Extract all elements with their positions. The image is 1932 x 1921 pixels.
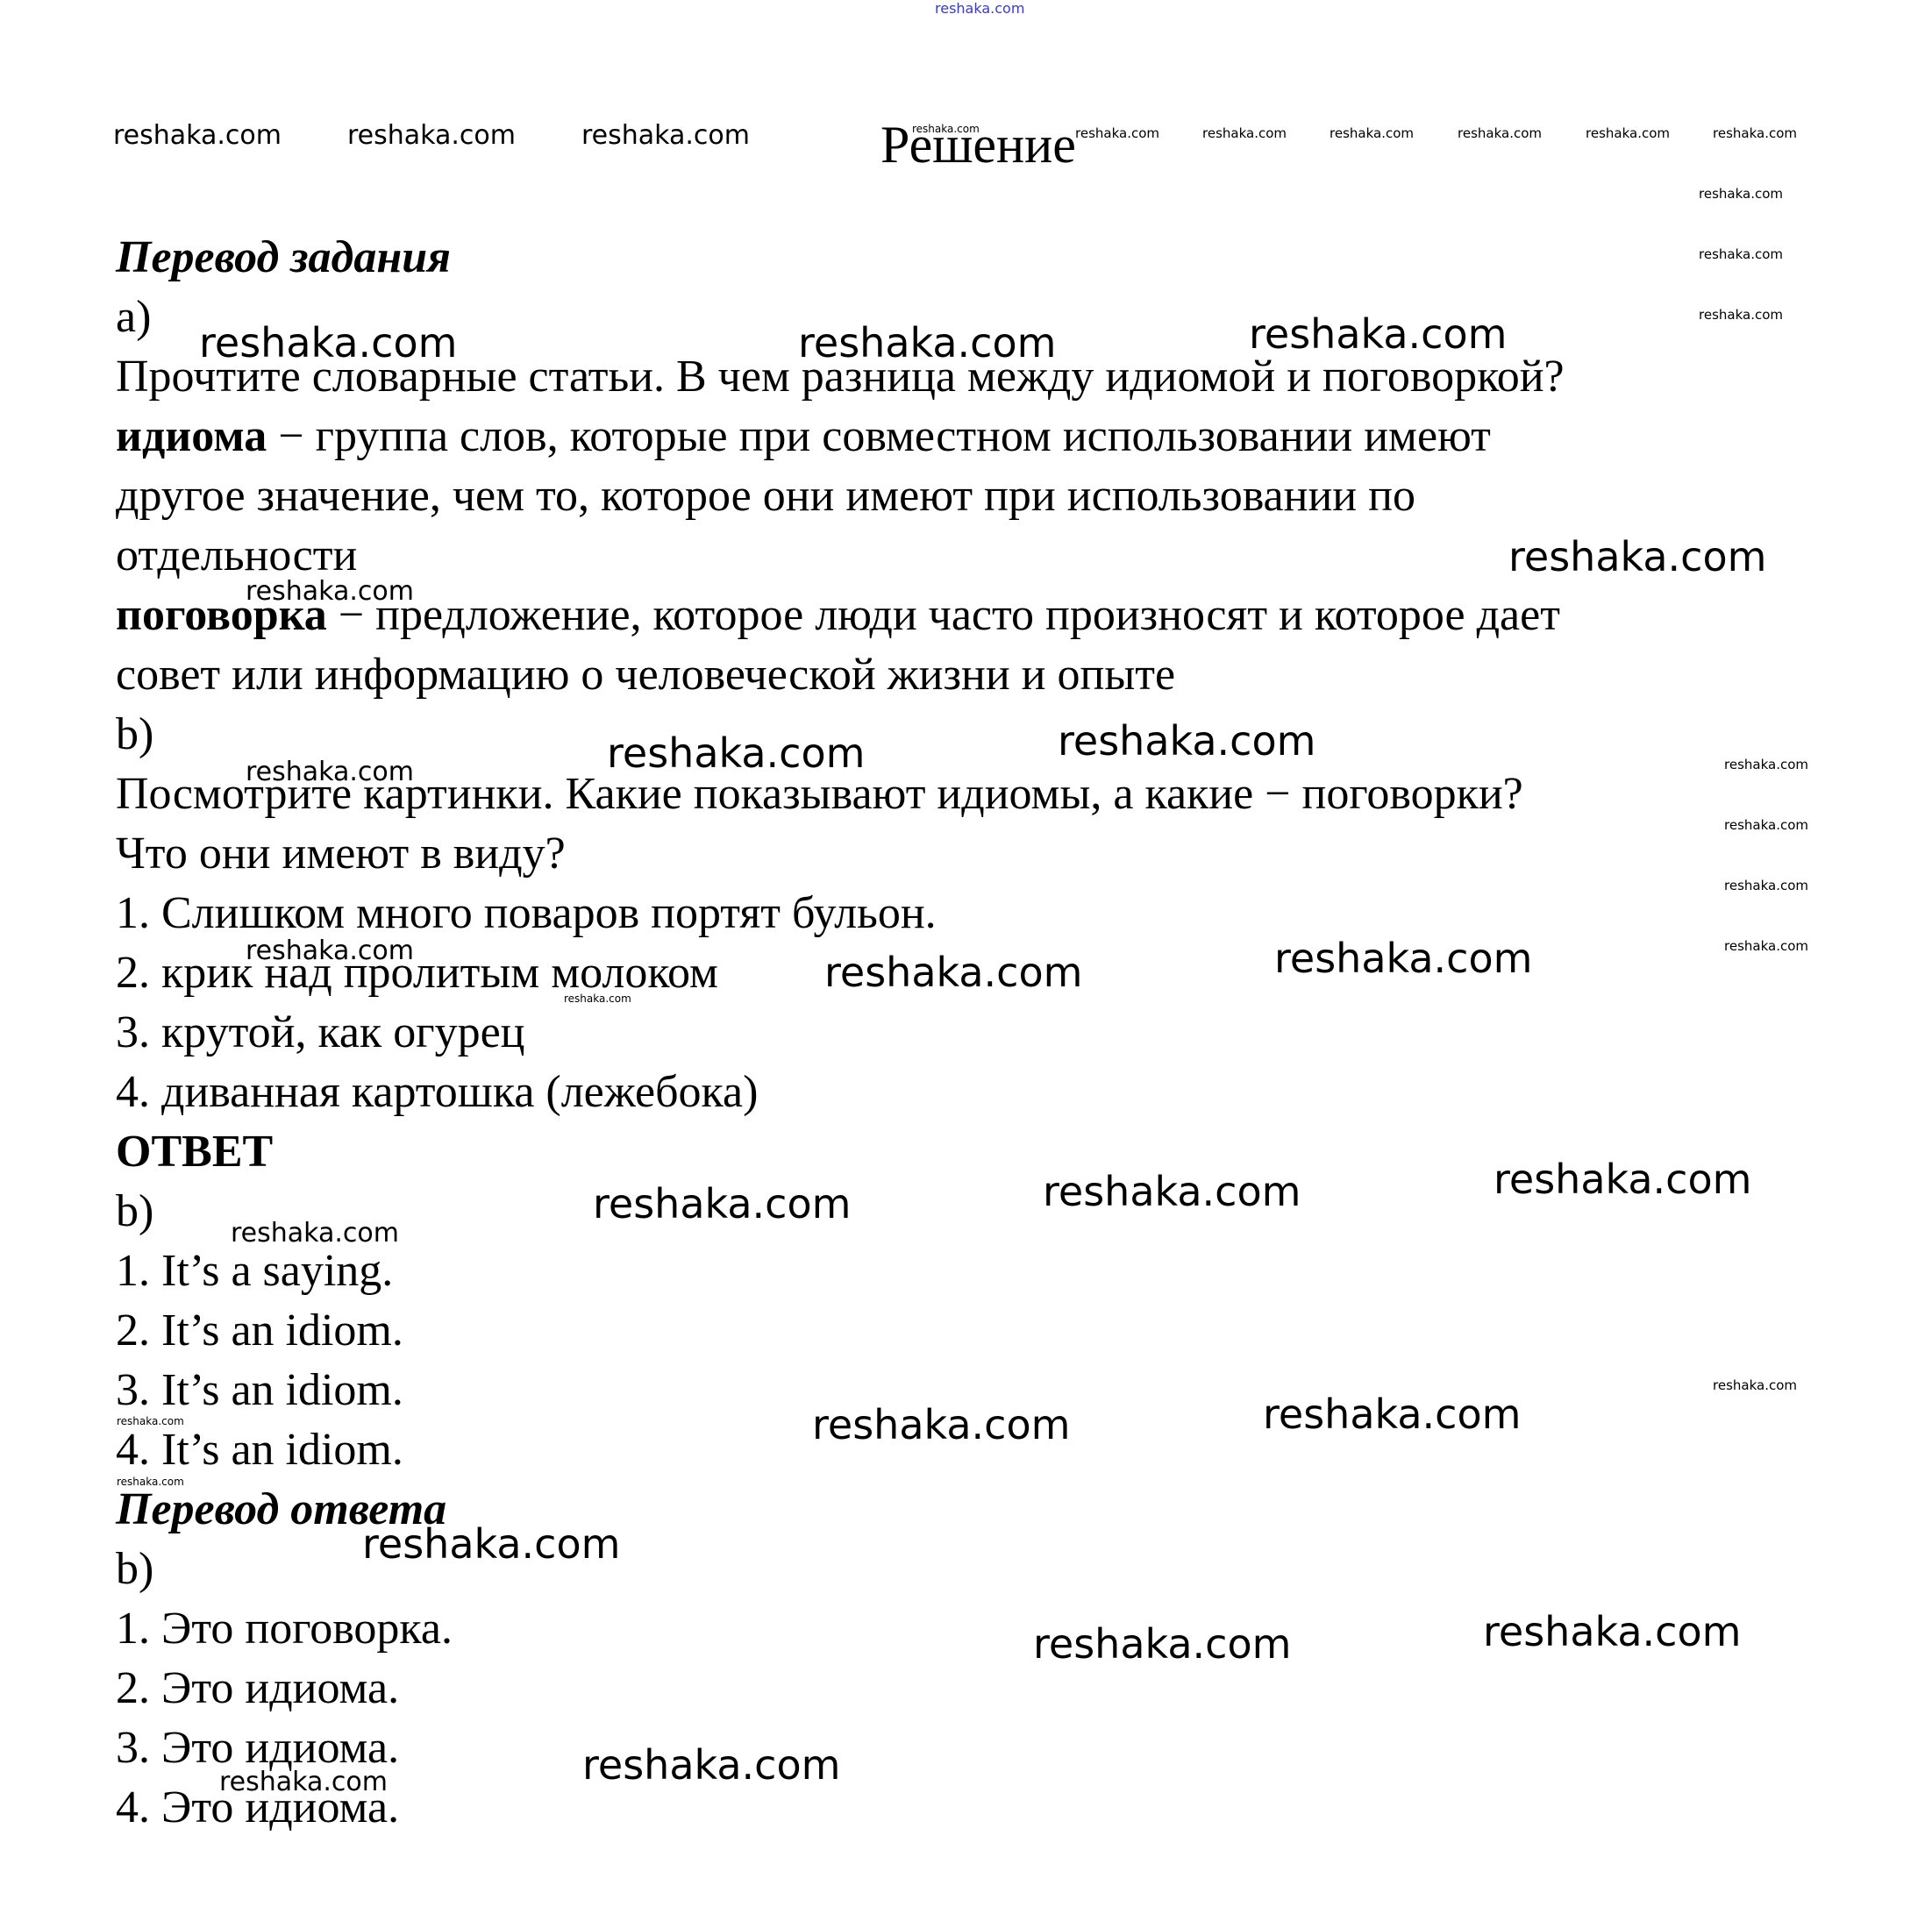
answer-part-label: b) (116, 1189, 153, 1234)
watermark: reshaka.com (593, 1184, 851, 1224)
watermark: reshaka.com (1713, 127, 1797, 140)
translation-item-4: 4. Это идиома. (116, 1785, 399, 1831)
watermark: reshaka.com (1724, 940, 1808, 953)
part-b-question-line1: Посмотрите картинки. Какие показывают ид… (116, 772, 1523, 817)
translation-item-3: 3. Это идиома. (116, 1725, 399, 1771)
top-site-link[interactable]: reshaka.com (935, 2, 1024, 16)
translation-item-2: 2. Это идиома. (116, 1666, 399, 1711)
watermark: reshaka.com (812, 1405, 1070, 1445)
watermark: reshaka.com (1075, 127, 1159, 140)
answer-item-2: 2. It’s an idiom. (116, 1308, 403, 1354)
saying-term: поговорка (116, 590, 327, 640)
task-item-4: 4. диванная картошка (лежебока) (116, 1070, 758, 1115)
watermark: reshaka.com (1713, 1379, 1797, 1392)
watermark: reshaka.com (1263, 1394, 1521, 1434)
part-a-question: Прочтите словарные статьи. В чем разница… (116, 354, 1565, 400)
saying-definition-line1: поговорка − предложение, которое люди ча… (116, 593, 1560, 638)
watermark: reshaka.com (1699, 188, 1783, 201)
watermark: reshaka.com (1458, 127, 1542, 140)
watermark: reshaka.com (607, 733, 865, 773)
watermark: reshaka.com (1043, 1171, 1301, 1212)
watermark: reshaka.com (1033, 1624, 1291, 1664)
watermark: reshaka.com (1699, 248, 1783, 261)
watermark: reshaka.com (824, 952, 1082, 993)
watermark: reshaka.com (1724, 758, 1808, 772)
watermark: reshaka.com (564, 993, 631, 1004)
watermark: reshaka.com (362, 1524, 620, 1564)
watermark: reshaka.com (1330, 127, 1414, 140)
translation-part-label: b) (116, 1547, 153, 1592)
watermark: reshaka.com (113, 123, 282, 149)
answer-item-3: 3. It’s an idiom. (116, 1368, 403, 1413)
part-b-label: b) (116, 712, 153, 758)
answer-item-1: 1. It’s a saying. (116, 1249, 393, 1294)
watermark: reshaka.com (1249, 314, 1507, 354)
idiom-term: идиома (116, 411, 267, 461)
task-item-3: 3. крутой, как огурец (116, 1010, 525, 1056)
watermark: reshaka.com (1508, 537, 1766, 577)
task-item-2: 2. крик над пролитым молоком (116, 950, 718, 996)
watermark: reshaka.com (582, 1745, 840, 1785)
watermark: reshaka.com (1058, 721, 1315, 761)
watermark: reshaka.com (1724, 819, 1808, 832)
watermark: reshaka.com (231, 1220, 399, 1247)
section-heading-task: Перевод задания (116, 235, 451, 281)
watermark: reshaka.com (1483, 1612, 1741, 1652)
watermark: reshaka.com (1274, 938, 1532, 978)
section-heading-answer: ОТВЕТ (116, 1129, 273, 1175)
idiom-definition-line1: идиома − группа слов, которые при совмес… (116, 414, 1491, 459)
part-a-label: a) (116, 295, 151, 340)
saying-definition-text: − предложение, которое люди часто произн… (327, 590, 1560, 640)
idiom-definition-line3: отдельности (116, 533, 357, 579)
saying-definition-line2: совет или информацию о человеческой жизн… (116, 652, 1175, 698)
translation-item-1: 1. Это поговорка. (116, 1606, 453, 1652)
watermark: reshaka.com (581, 123, 750, 149)
watermark: reshaka.com (1724, 879, 1808, 893)
part-b-question-line2: Что они имеют в виду? (116, 831, 566, 877)
watermark: reshaka.com (1202, 127, 1287, 140)
watermark: reshaka.com (912, 124, 980, 134)
watermark: reshaka.com (1586, 127, 1670, 140)
watermark: reshaka.com (1494, 1159, 1751, 1199)
idiom-definition-line2: другое значение, чем то, которое они име… (116, 473, 1415, 519)
answer-item-4: 4. It’s an idiom. (116, 1427, 403, 1473)
watermark: reshaka.com (347, 123, 516, 149)
idiom-definition-text: − группа слов, которые при совместном ис… (267, 411, 1491, 461)
watermark: reshaka.com (1699, 309, 1783, 322)
task-item-1: 1. Слишком много поваров портят бульон. (116, 891, 937, 936)
